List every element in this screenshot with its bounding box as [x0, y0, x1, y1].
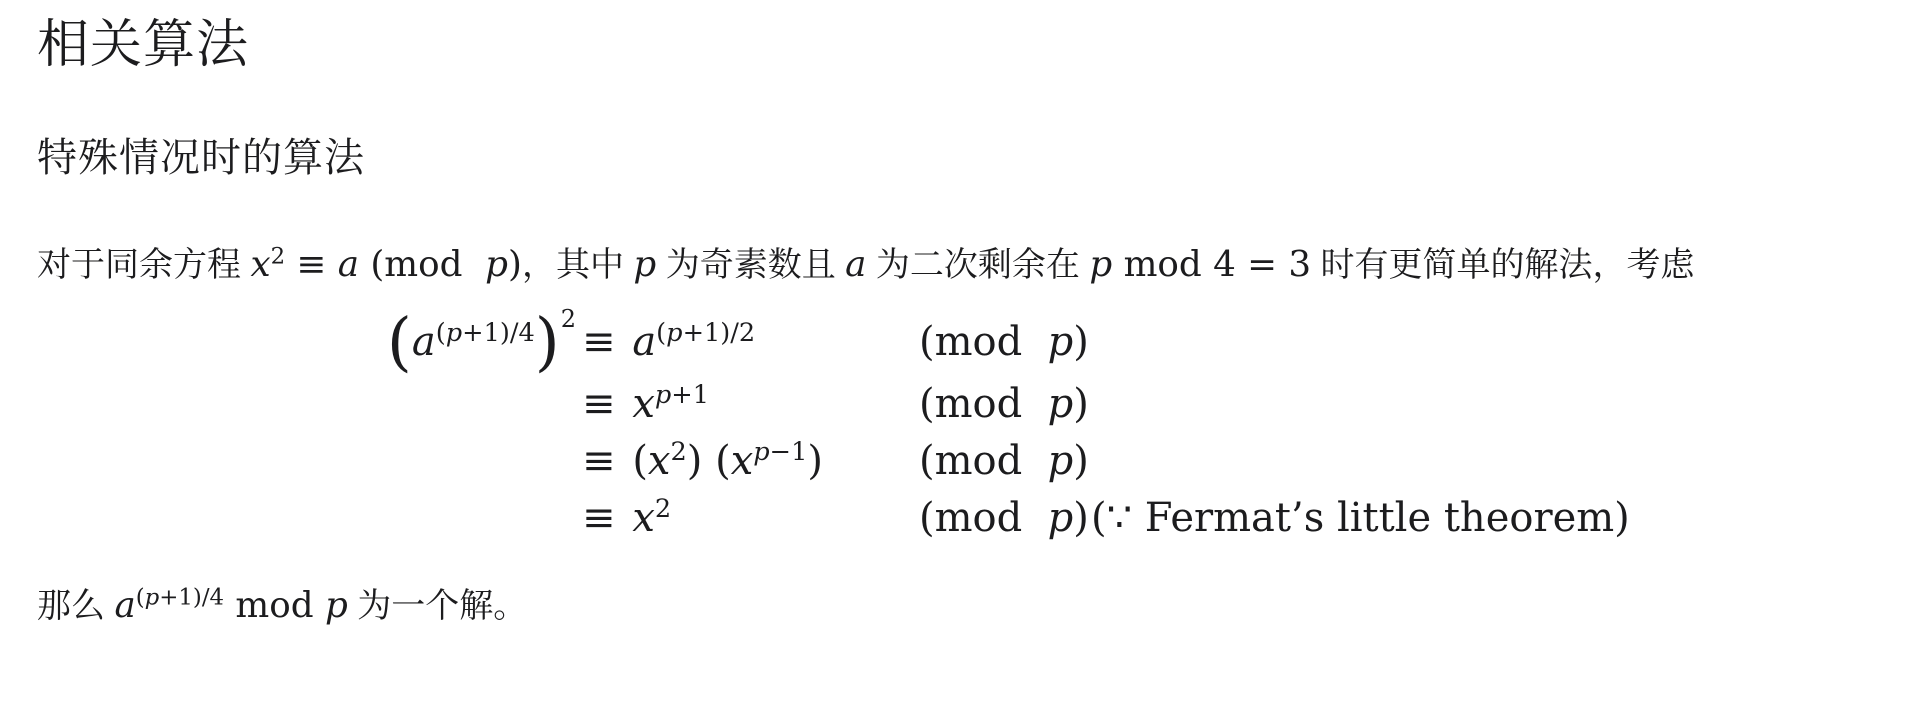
mod-annotation: (mod p) — [919, 438, 1089, 484]
section-heading: 特殊情况时的算法 — [37, 134, 1880, 182]
equation-rhs: ≡a(p+1)/2 — [582, 319, 919, 365]
equation-row: ≡xp+1 (mod p) — [37, 381, 1880, 427]
intro-paragraph: 对于同余方程 x2 ≡ a (mod p)，其中 p 为奇素数且 a 为二次剩余… — [37, 242, 1880, 288]
document-page: 相关算法 特殊情况时的算法 对于同余方程 x2 ≡ a (mod p)，其中 p… — [0, 0, 1920, 702]
text-run: 对于同余方程 — [37, 246, 250, 284]
big-open-paren: ( — [387, 305, 412, 379]
display-equation-block: (a(p+1)/4)2 ≡a(p+1)/2 (mod p) ≡xp+1 (mod… — [37, 319, 1880, 541]
equation-row: ≡(x2) (xp−1) (mod p) — [37, 438, 1880, 484]
inline-math: p mod 4 = 3 — [1089, 244, 1311, 285]
big-close-paren: ) — [535, 305, 560, 379]
text-run: 时有更简单的解法，考虑 — [1311, 246, 1694, 284]
equation-row: ≡x2 (mod p) (∵ Fermat’s little theorem) — [37, 495, 1880, 541]
text-run: 为二次剩余在 — [866, 246, 1089, 284]
reason-annotation: (∵ Fermat’s little theorem) — [1089, 495, 1880, 541]
mod-annotation: (mod p) — [919, 319, 1089, 365]
text-run: 那么 — [37, 587, 114, 625]
text-run: 为一个解。 — [348, 587, 527, 625]
lhs-base-variable: a — [412, 319, 436, 365]
equation-row: (a(p+1)/4)2 ≡a(p+1)/2 (mod p) — [37, 319, 1880, 365]
text-run: 为奇素数且 — [656, 246, 845, 284]
equation-rhs: ≡(x2) (xp−1) — [582, 438, 919, 484]
mod-annotation: (mod p) — [919, 495, 1089, 541]
equiv-sign: ≡ — [582, 438, 616, 484]
rhs-expression: a(p+1)/2 — [632, 319, 755, 365]
lhs-expression: (a(p+1)/4)2 — [387, 319, 576, 365]
equiv-sign: ≡ — [582, 319, 616, 365]
inline-math: x2 ≡ a (mod p) — [250, 244, 522, 285]
inline-math: a(p+1)/4 mod p — [114, 585, 347, 626]
rhs-expression: (x2) (xp−1) — [632, 438, 823, 484]
conclusion-paragraph: 那么 a(p+1)/4 mod p 为一个解。 — [37, 583, 1880, 629]
equation-lhs: (a(p+1)/4)2 — [37, 319, 582, 365]
equation-rhs: ≡x2 — [582, 495, 919, 541]
text-run: ，其中 — [522, 246, 633, 284]
inline-math: p — [633, 244, 656, 285]
rhs-expression: xp+1 — [632, 381, 709, 427]
mod-annotation: (mod p) — [919, 381, 1089, 427]
equiv-sign: ≡ — [582, 381, 616, 427]
rhs-expression: x2 — [632, 495, 671, 541]
inline-math: a — [845, 244, 866, 285]
lhs-outer-exponent: 2 — [561, 305, 576, 333]
page-title: 相关算法 — [37, 14, 1880, 76]
lhs-exponent: (p+1)/4 — [436, 318, 535, 348]
equiv-sign: ≡ — [582, 495, 616, 541]
equation-rhs: ≡xp+1 — [582, 381, 919, 427]
